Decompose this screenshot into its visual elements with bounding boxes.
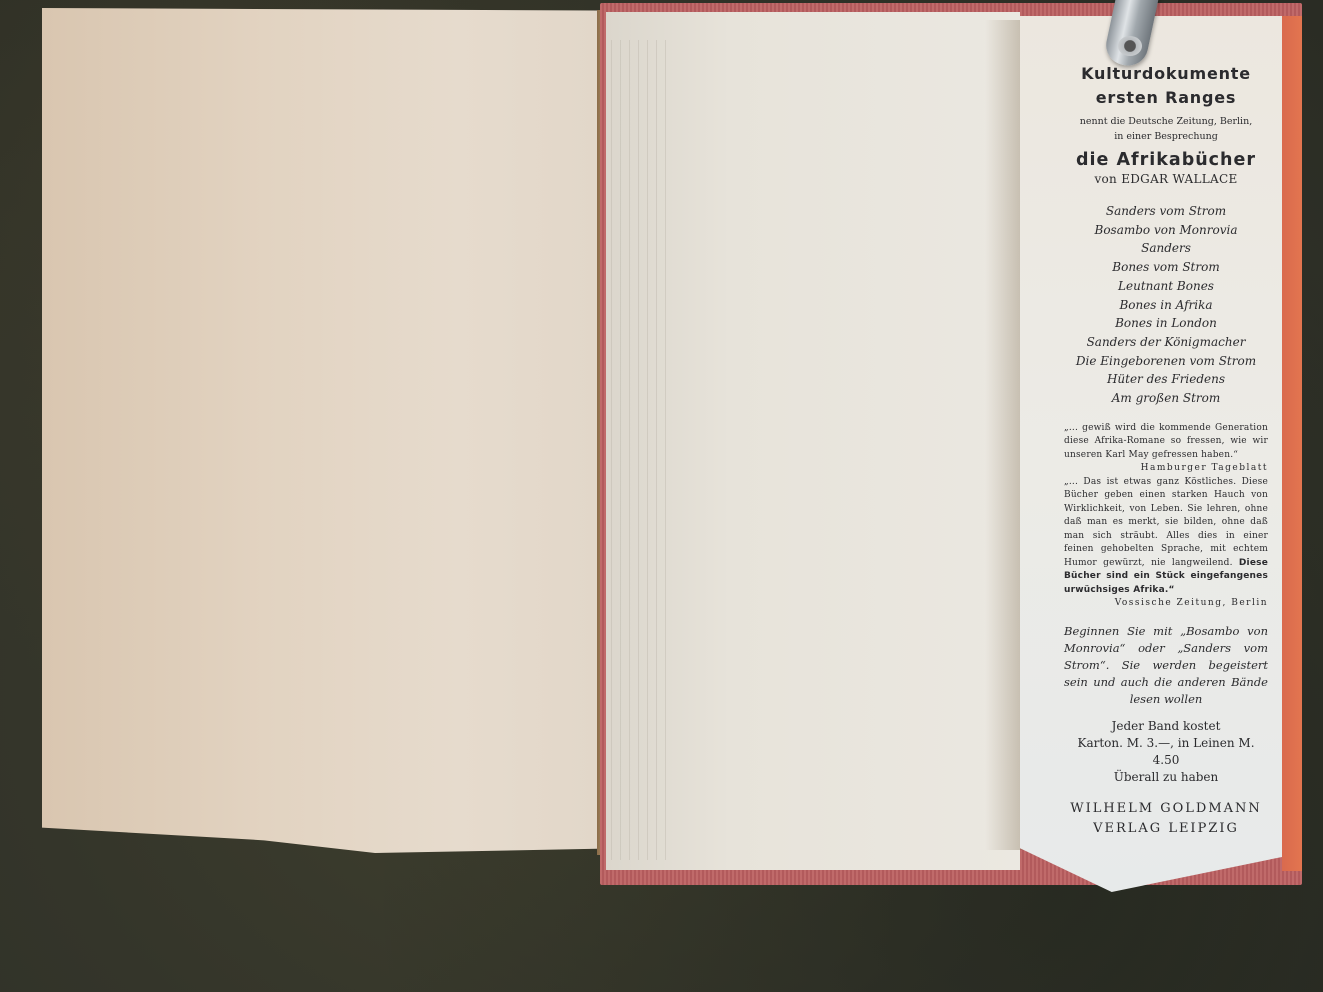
publisher: WILHELM GOLDMANN VERLAG LEIPZIG [1064,799,1268,839]
headline-line-1: Kulturdokumente [1081,64,1251,83]
book-title: Sanders [1064,239,1268,258]
author: von EDGAR WALLACE [1064,172,1268,186]
reading-recommendation: Beginnen Sie mit „Bosambo von Monrovia“ … [1064,623,1268,708]
book-title: Bosambo von Monrovia [1064,221,1268,240]
book-title: Bones in London [1064,314,1268,333]
publisher-line-1: WILHELM GOLDMANN [1070,801,1262,816]
quote-text: „... gewiß wird die kommende Generation … [1064,423,1268,460]
book-title: Sanders der Königmacher [1064,333,1268,352]
publisher-line-2: VERLAG LEIPZIG [1093,821,1239,836]
book-title-list: Sanders vom Strom Bosambo von Monrovia S… [1064,202,1268,408]
clip-screw-icon [1118,36,1142,56]
deckle-edge-texture [606,40,666,860]
book-title: Die Eingeborenen vom Strom [1064,352,1268,371]
bookmark-content: Kulturdokumente ersten Ranges nennt die … [1064,62,1268,852]
book-title: Am großen Strom [1064,389,1268,408]
book-title: Sanders vom Strom [1064,202,1268,221]
quote-source: Vossische Zeitung, Berlin [1064,597,1268,611]
press-note-line-2: in einer Besprechung [1114,131,1218,142]
cover-board-edge [1282,16,1302,871]
series-title: die Afrikabücher [1064,150,1268,170]
quote-source: Hamburger Tageblatt [1141,462,1268,476]
price-line-1: Jeder Band kostet [1112,719,1221,733]
headline: Kulturdokumente ersten Ranges [1064,62,1268,110]
press-note: nennt die Deutsche Zeitung, Berlin, in e… [1064,114,1268,144]
jacket-flap-left-page [42,8,597,853]
page-shadow [985,20,1025,850]
quote-text: „... Das ist etwas ganz Köstliches. Dies… [1064,477,1268,568]
book-title: Leutnant Bones [1064,277,1268,296]
endpaper-page [606,12,1020,870]
headline-line-2: ersten Ranges [1096,88,1236,107]
book-title: Hüter des Friedens [1064,370,1268,389]
press-note-line-1: nennt die Deutsche Zeitung, Berlin, [1080,116,1253,127]
price-line-3: Überall zu haben [1114,770,1219,784]
price-info: Jeder Band kostet Karton. M. 3.—, in Lei… [1064,718,1268,786]
review-quote-vossische: „... Das ist etwas ganz Köstliches. Dies… [1064,476,1268,611]
price-line-2: Karton. M. 3.—, in Leinen M. 4.50 [1077,736,1254,767]
advertising-bookmark: Kulturdokumente ersten Ranges nennt die … [1020,16,1282,892]
book-title: Bones vom Strom [1064,258,1268,277]
review-quote-hamburger: „... gewiß wird die kommende Generation … [1064,422,1268,463]
book-title: Bones in Afrika [1064,296,1268,315]
